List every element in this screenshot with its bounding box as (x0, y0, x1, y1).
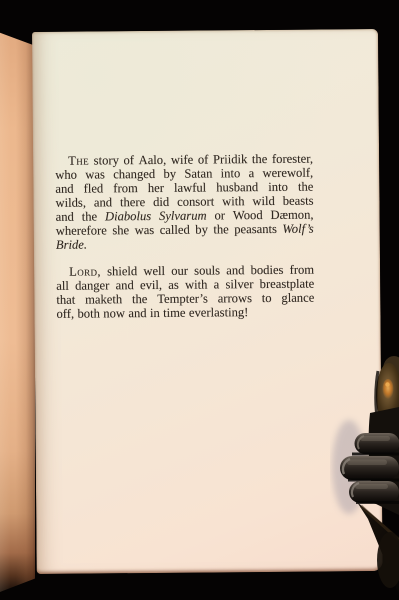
book-photograph: ThestoryofAalo,wifeofPriidiktheforester,… (0, 0, 399, 600)
word: arrows (218, 291, 252, 305)
word: the (298, 180, 314, 194)
word: everlasting! (189, 305, 249, 320)
text-line: off,bothnowandintimeeverlasting! (56, 305, 314, 321)
word: story (94, 153, 119, 167)
word: her (148, 181, 164, 195)
word: Dæmon, (270, 208, 313, 222)
paragraph: ThestoryofAalo,wifeofPriidiktheforester,… (55, 152, 314, 252)
word: in (150, 306, 160, 320)
word: with (185, 277, 208, 291)
word: fled (84, 181, 104, 195)
word: the (82, 209, 98, 223)
paragraph: Lord,shieldwelloursoulsandbodiesfromalld… (56, 263, 314, 321)
word: lawful (174, 180, 206, 194)
word: peasants (234, 222, 277, 236)
word: our (171, 264, 188, 278)
word: changed (113, 167, 155, 181)
word: and (94, 195, 112, 209)
word: the (132, 292, 148, 306)
word: with (222, 194, 245, 208)
word: she (112, 223, 129, 237)
word: shield (107, 264, 137, 278)
word: The (68, 154, 89, 168)
page-text-block: ThestoryofAalo,wifeofPriidiktheforester,… (55, 152, 314, 321)
word: wherefore (56, 223, 107, 237)
word: and (226, 263, 244, 277)
word: Priidik (213, 152, 247, 166)
word: and (115, 278, 133, 292)
word: Wood (233, 208, 263, 222)
word: well (143, 264, 165, 278)
word: breastplate (260, 277, 315, 291)
word: forester, (272, 152, 313, 166)
word: Lord, (69, 264, 101, 278)
word: the (252, 152, 268, 166)
word: a (214, 277, 220, 291)
word: time (163, 306, 186, 320)
word: wild (252, 194, 275, 208)
word: Diabolus (105, 209, 151, 223)
word: danger (75, 278, 109, 292)
word: did (153, 195, 169, 209)
text-line: whereforeshewascalledbythepeasantsWolf’s (56, 222, 314, 238)
word: all (56, 279, 69, 293)
word: a (248, 166, 254, 180)
word: Wolf’s (282, 222, 313, 236)
word: husband (216, 180, 258, 194)
word: off, (56, 307, 74, 321)
word: that (56, 293, 75, 307)
word: to (262, 291, 272, 305)
word: maketh (85, 292, 122, 306)
word: evil, (140, 278, 162, 292)
word: the (213, 222, 229, 236)
figurine-arm (357, 502, 399, 595)
text-line: alldangerandevil,aswithasilverbreastplat… (56, 277, 314, 293)
facing-page-edge (0, 30, 35, 592)
word: wife (171, 153, 194, 167)
word: of (123, 153, 134, 167)
word: and (56, 210, 74, 224)
word: by (195, 222, 208, 236)
word: who (55, 168, 77, 182)
word: was (85, 167, 105, 181)
bronze-hand-figurine (330, 353, 399, 600)
word: werewolf, (262, 166, 313, 180)
word: beasts (283, 194, 314, 208)
word: Sylvarum (159, 208, 207, 222)
word: by (163, 167, 176, 181)
word: as (168, 278, 179, 292)
word: there (120, 195, 145, 209)
word: from (113, 181, 138, 195)
word: souls (194, 263, 220, 277)
word: now (103, 306, 125, 320)
word: from (290, 263, 315, 277)
word: Aalo, (139, 153, 167, 167)
word: of (198, 152, 209, 166)
word: bodies (250, 263, 283, 277)
word: consort (177, 194, 214, 208)
word: Satan (184, 166, 212, 180)
word: wilds, (55, 196, 86, 210)
word: and (55, 182, 73, 196)
word: and (128, 306, 146, 320)
word: was (135, 223, 155, 237)
word: into (268, 180, 288, 194)
word: glance (281, 291, 314, 305)
word: both (77, 306, 100, 320)
word: Bride. (56, 238, 87, 252)
word: Tempter’s (157, 291, 208, 305)
word: silver (225, 277, 253, 291)
word: into (221, 166, 241, 180)
text-line: Bride. (56, 236, 314, 252)
word: called (160, 223, 190, 237)
word: or (214, 208, 225, 222)
